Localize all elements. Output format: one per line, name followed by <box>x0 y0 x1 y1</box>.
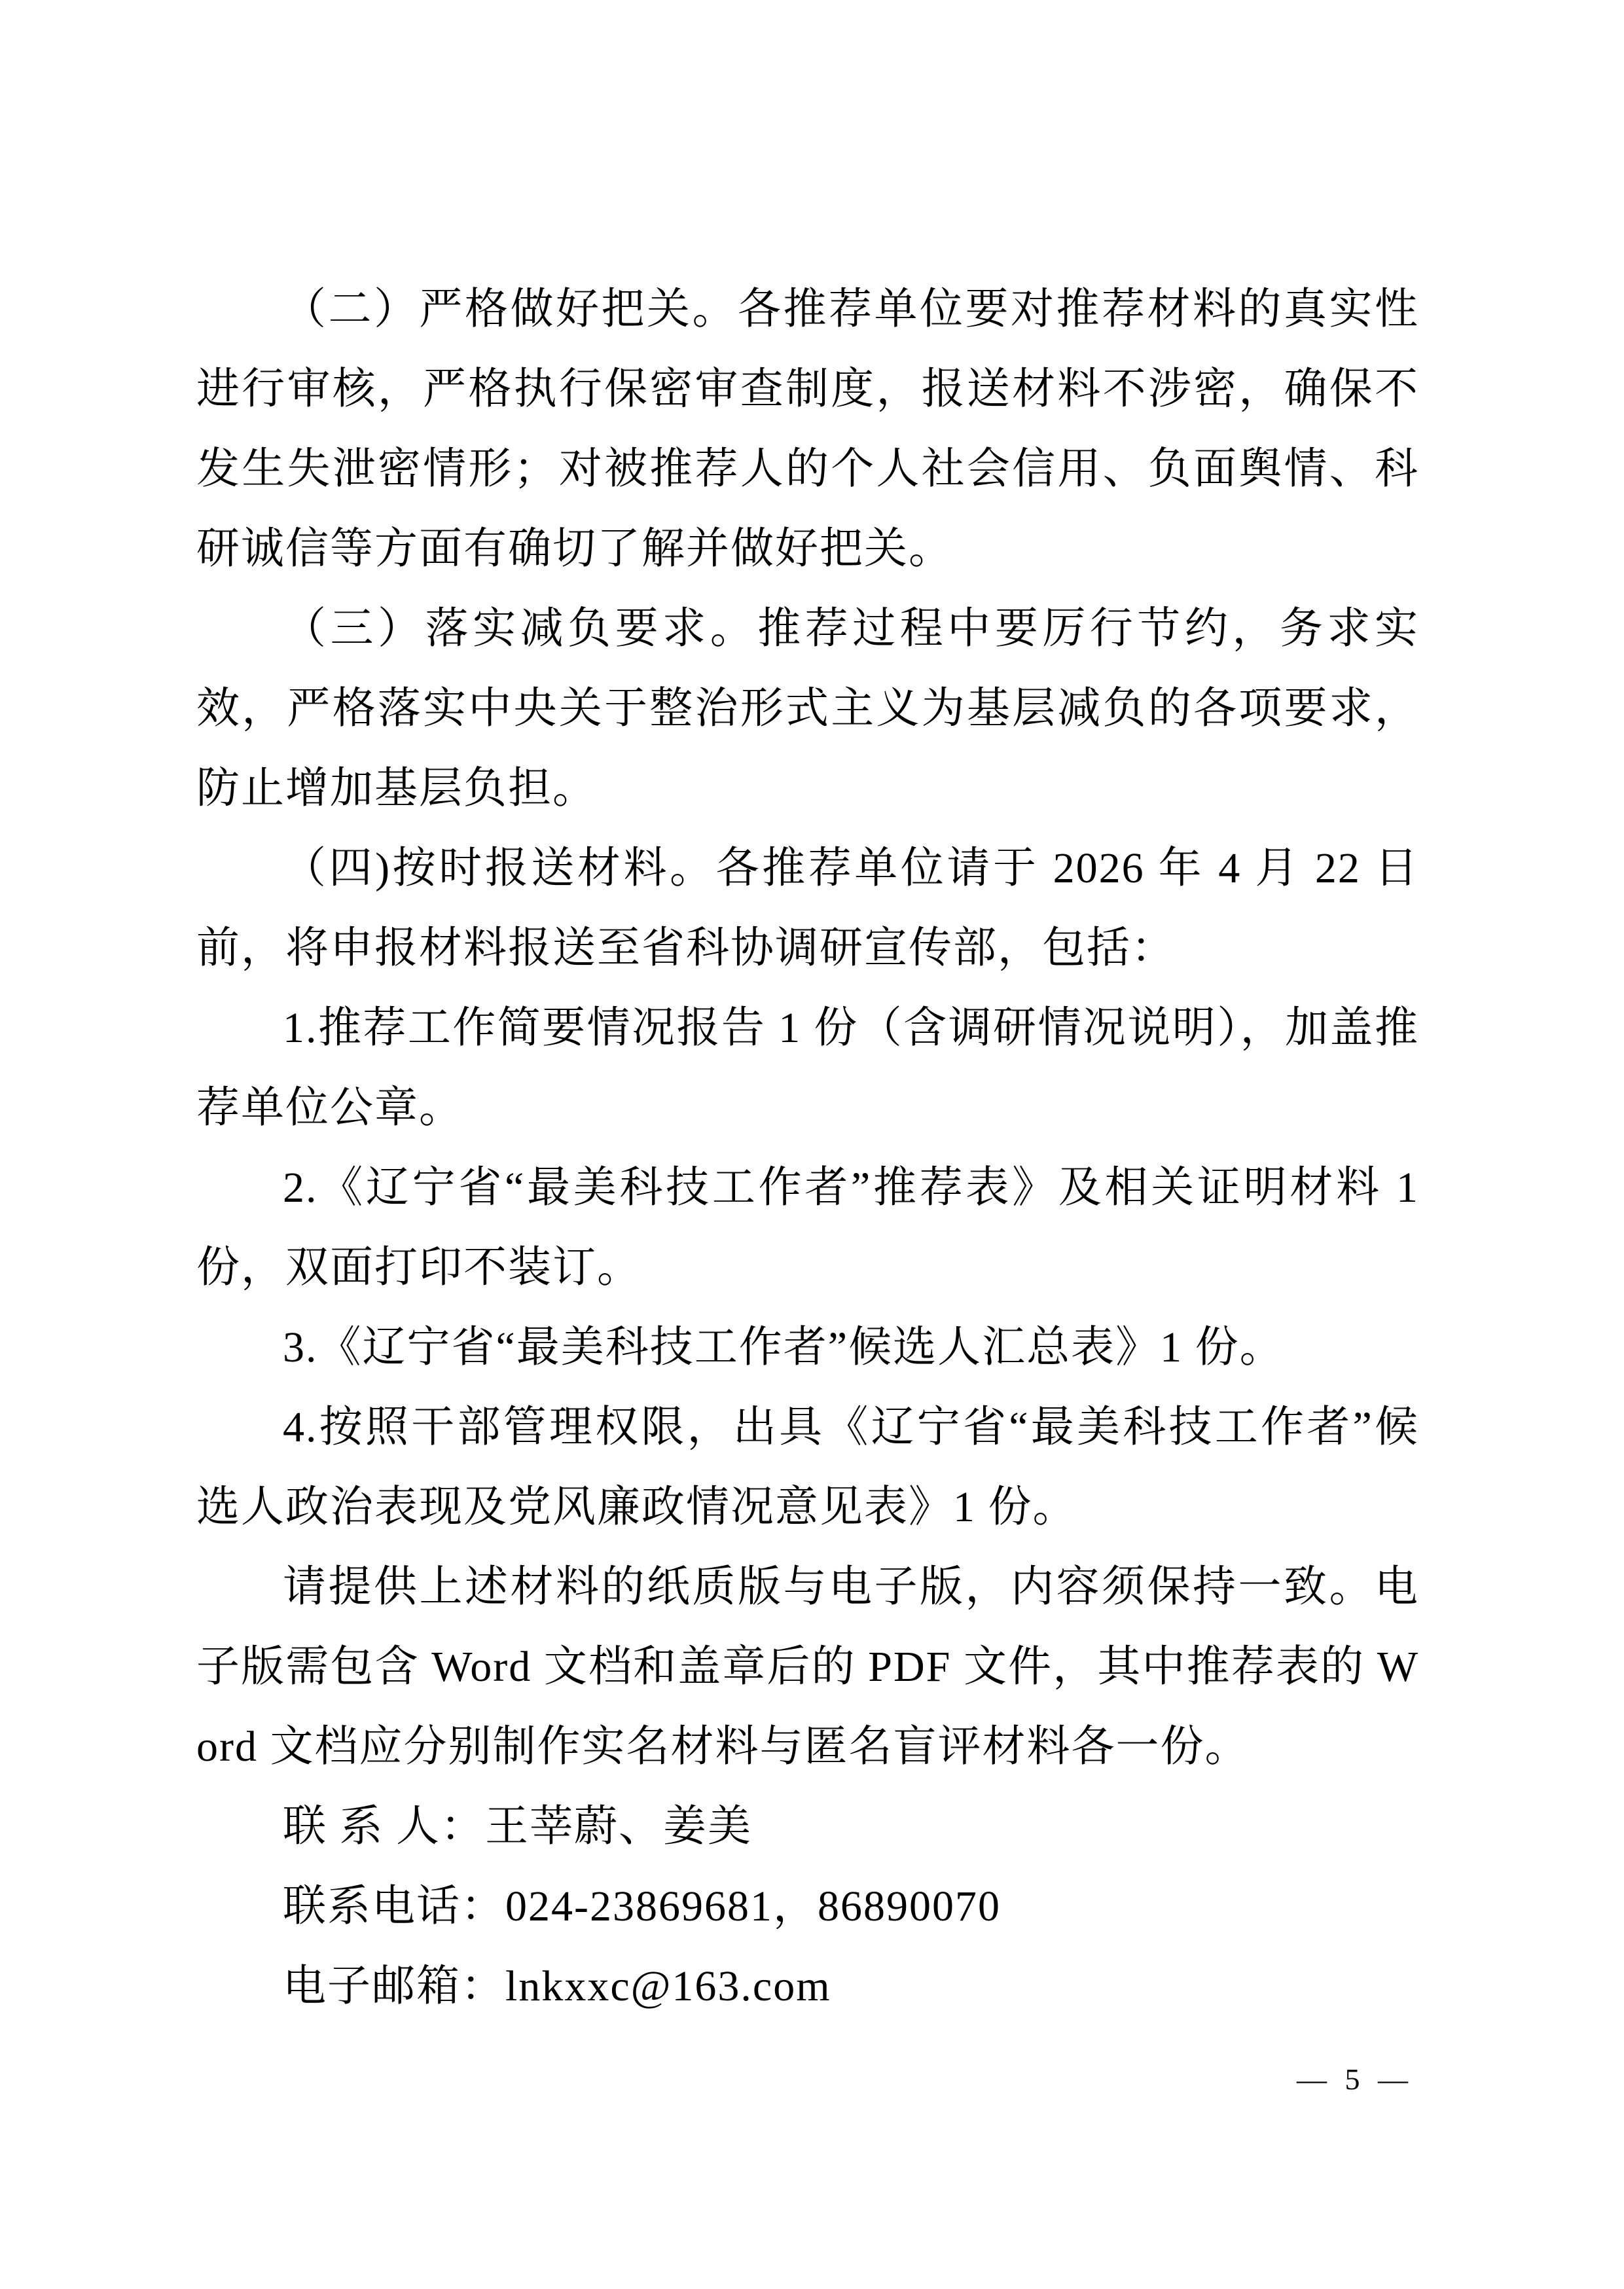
document-body: （二）严格做好把关。各推荐单位要对推荐材料的真实性进行审核，严格执行保密审查制度… <box>196 270 1419 2027</box>
contact-phone-line: 联系电话：024-23869681，86890070 <box>196 1867 1419 1947</box>
paragraph-material-2-recommendation-form: 2.《辽宁省“最美科技工作者”推荐表》及相关证明材料 1 份，双面打印不装订。 <box>196 1148 1419 1308</box>
page-number: — 5 — <box>1297 2062 1413 2097</box>
paragraph-format-requirements: 请提供上述材料的纸质版与电子版，内容须保持一致。电子版需包含 Word 文档和盖… <box>196 1547 1419 1787</box>
contact-block: 联 系 人：王莘蔚、姜美 联系电话：024-23869681，86890070 … <box>196 1787 1419 2027</box>
paragraph-item-2-strict-review: （二）严格做好把关。各推荐单位要对推荐材料的真实性进行审核，严格执行保密审查制度… <box>196 270 1419 589</box>
paragraph-material-1-report: 1.推荐工作简要情况报告 1 份（含调研情况说明），加盖推荐单位公章。 <box>196 988 1419 1148</box>
paragraph-material-3-summary-table: 3.《辽宁省“最美科技工作者”候选人汇总表》1 份。 <box>196 1308 1419 1388</box>
paragraph-item-3-burden-reduction: （三）落实减负要求。推荐过程中要厉行节约，务求实效，严格落实中央关于整治形式主义… <box>196 589 1419 829</box>
paragraph-material-4-political-opinion-form: 4.按照干部管理权限，出具《辽宁省“最美科技工作者”候选人政治表现及党风廉政情况… <box>196 1388 1419 1547</box>
paragraph-item-4-submission-deadline: （四)按时报送材料。各推荐单位请于 2026 年 4 月 22 日前，将申报材料… <box>196 829 1419 988</box>
contact-person-line: 联 系 人：王莘蔚、姜美 <box>196 1787 1419 1867</box>
document-page: （二）严格做好把关。各推荐单位要对推荐材料的真实性进行审核，严格执行保密审查制度… <box>0 0 1624 2289</box>
contact-email-line: 电子邮箱：lnkxxc@163.com <box>196 1947 1419 2027</box>
